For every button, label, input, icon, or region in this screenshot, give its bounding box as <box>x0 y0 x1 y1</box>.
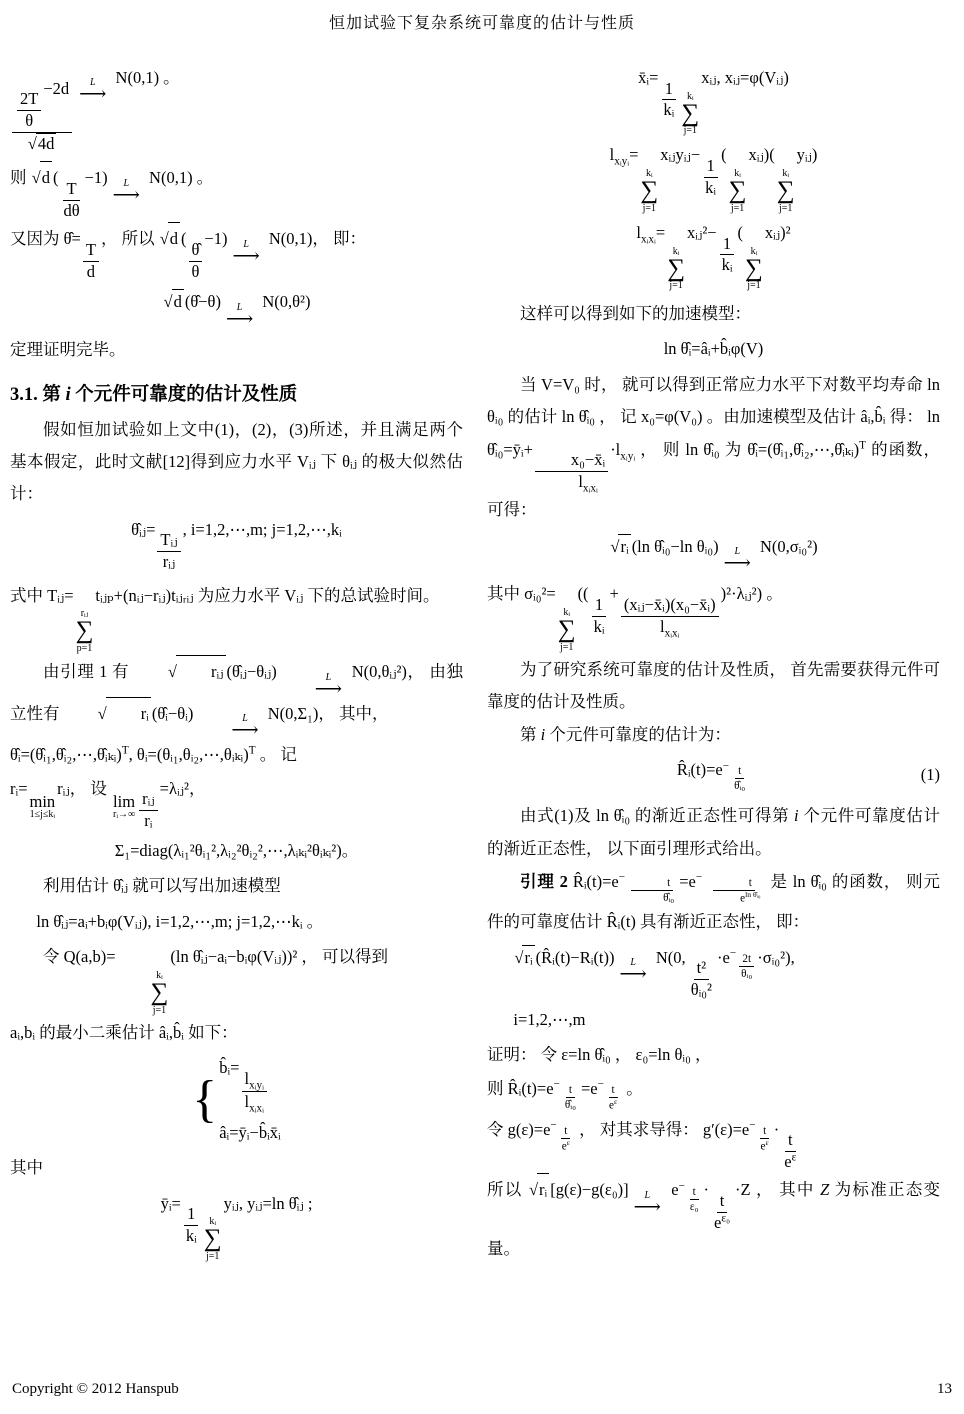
paragraph: 其中 <box>10 1152 463 1184</box>
content-columns: 2Tθ−2d√4dL⟶ N(0,1) 。则 √d(Tdθ−1)L⟶ N(0,1)… <box>10 59 954 1367</box>
paragraph: 引理 2 R̂ᵢ(t)=e−tθ̂ᵢ₀=e−teln θ̂ᵢ₀ 是 ln θ̂ᵢ… <box>487 866 940 938</box>
display-formula: lxᵢxᵢ=kᵢ∑j=1xᵢⱼ²−1kᵢ(kᵢ∑j=1xᵢⱼ)² <box>487 221 940 291</box>
paragraph: θ̂ᵢ=(θ̂ᵢ₁,θ̂ᵢ₂,⋯,θ̂ᵢₖᵢ)T, θᵢ=(θᵢ₁,θᵢ₂,⋯,… <box>10 739 463 771</box>
display-formula: R̂ᵢ(t)=e−tθ̂ᵢ₀(1) <box>487 758 940 793</box>
display-formula: ȳᵢ=1kᵢkᵢ∑j=1yᵢⱼ, yᵢⱼ=ln θ̂ᵢⱼ ; <box>10 1192 463 1262</box>
paragraph: 定理证明完毕。 <box>10 334 463 366</box>
paragraph: 利用估计 θ̂ᵢⱼ 就可以写出加速模型 <box>10 870 463 902</box>
display-formula: θ̂ᵢⱼ=Tᵢⱼrᵢⱼ, i=1,2,⋯,m; j=1,2,⋯,kᵢ <box>10 518 463 573</box>
display-formula: √rᵢ(ln θ̂ᵢ₀−ln θᵢ₀)L⟶ N(0,σᵢ₀²) <box>487 534 940 572</box>
paragraph: 令 Q(a,b)=kᵢ∑j=1(ln θ̂ᵢⱼ−aᵢ−bᵢφ(Vᵢⱼ))² ， … <box>10 941 463 1015</box>
equation: R̂ᵢ(t)=e−tθ̂ᵢ₀ <box>531 758 896 793</box>
paragraph: 则 √d(Tdθ−1)L⟶ N(0,1) 。 <box>10 161 463 221</box>
paper-page: 恒加试验下复杂系统可靠度的估计与性质 2Tθ−2d√4dL⟶ N(0,1) 。则… <box>0 0 964 1414</box>
display-formula: √d(θ̂−θ)L⟶ N(0,θ²) <box>10 289 463 327</box>
paragraph: 由引理 1 有 √rᵢⱼ(θ̂ᵢⱼ−θᵢⱼ)L⟶ N(0,θᵢⱼ²)， 由独立性… <box>10 655 463 738</box>
paragraph: rᵢ=min1≤j≤kᵢrᵢⱼ， 设 limrᵢ→∞rᵢⱼrᵢ=λᵢⱼ²， <box>10 773 463 832</box>
left-column: 2Tθ−2d√4dL⟶ N(0,1) 。则 √d(Tdθ−1)L⟶ N(0,1)… <box>10 59 463 1367</box>
paragraph: aᵢ,bᵢ 的最小二乘估计 âᵢ,b̂ᵢ 如下： <box>10 1017 463 1049</box>
paragraph: 当 V=V₀ 时， 就可以得到正常应力水平下对数平均寿命 ln θᵢ₀ 的估计 … <box>487 369 940 526</box>
copyright-text: Copyright © 2012 Hanspub <box>12 1381 179 1398</box>
display-formula: Σ₁=diag(λᵢ₁²θᵢ₁²,λᵢ₂²θᵢ₂²,⋯,λᵢₖᵢ²θᵢₖᵢ²)。 <box>10 839 463 864</box>
equation-number: (1) <box>896 763 940 788</box>
display-formula: √rᵢ(R̂ᵢ(t)−Rᵢ(t))L⟶ N(0,t²θᵢ₀²·e−2tθᵢ₀·σ… <box>487 945 940 1001</box>
display-formula: x̄ᵢ=1kᵢkᵢ∑j=1xᵢⱼ, xᵢⱼ=φ(Vᵢⱼ) <box>487 66 940 136</box>
display-formula: {b̂ᵢ=lxᵢyᵢlxᵢxᵢâᵢ=ȳᵢ−b̂ᵢx̄ᵢ <box>10 1056 463 1146</box>
section-heading: 3.1. 第 i 个元件可靠度的估计及性质 <box>10 380 463 406</box>
display-formula: ln θ̂ᵢ=âᵢ+b̂ᵢφ(V) <box>487 337 940 362</box>
paragraph: 又因为 θ̂=Td， 所以 √d(θ̂θ−1)L⟶ N(0,1)， 即： <box>10 222 463 282</box>
paragraph: 证明： 令 ε=ln θ̂ᵢ₀ ， ε₀=ln θᵢ₀ ， <box>487 1039 940 1071</box>
paragraph: 其中 σᵢ₀²=kᵢ∑j=1((1kᵢ+(xᵢⱼ−x̄ᵢ)(x₀−x̄ᵢ)lxᵢ… <box>487 578 940 652</box>
paragraph: 式中 Tᵢⱼ=rᵢⱼ∑p=1tᵢⱼₚ+(nᵢⱼ−rᵢⱼ)tᵢⱼᵣᵢⱼ 为应力水平… <box>10 580 463 654</box>
paragraph: 所以 √rᵢ[g(ε)−g(ε₀)]L⟶ e−tε₀·teε₀·Z ， 其中 Z… <box>487 1173 940 1265</box>
right-column: x̄ᵢ=1kᵢkᵢ∑j=1xᵢⱼ, xᵢⱼ=φ(Vᵢⱼ)lxᵢyᵢ=kᵢ∑j=1… <box>487 59 940 1367</box>
page-title: 恒加试验下复杂系统可靠度的估计与性质 <box>10 10 954 33</box>
display-formula: ln θ̂ᵢⱼ=aᵢ+bᵢφ(Vᵢⱼ), i=1,2,⋯,m; j=1,2,⋯k… <box>10 910 463 935</box>
paragraph: 假如恒加试验如上文中(1)，(2)，(3)所述，并且满足两个基本假定，此时文献[… <box>10 414 463 511</box>
display-formula: i=1,2,⋯,m <box>487 1008 940 1033</box>
display-formula: lxᵢyᵢ=kᵢ∑j=1xᵢⱼyᵢⱼ−1kᵢ(kᵢ∑j=1xᵢⱼ)(kᵢ∑j=1… <box>487 143 940 213</box>
paragraph: 为了研究系统可靠度的估计及性质， 首先需要获得元件可靠度的估计及性质。 <box>487 654 940 718</box>
paragraph: 这样可以得到如下的加速模型： <box>487 298 940 330</box>
display-formula: 2Tθ−2d√4dL⟶ N(0,1) 。 <box>10 66 463 154</box>
paragraph: 由式(1)及 ln θ̂ᵢ₀ 的渐近正态性可得第 i 个元件可靠度估计的渐近正态… <box>487 800 940 864</box>
paragraph: 则 R̂ᵢ(t)=e−tθ̂ᵢ₀=e−teε 。 <box>487 1073 940 1113</box>
page-number: 13 <box>937 1381 952 1398</box>
paragraph: 第 i 个元件可靠度的估计为： <box>487 719 940 751</box>
page-footer: Copyright © 2012 Hanspub 13 <box>10 1367 954 1414</box>
paragraph: 令 g(ε)=e−teε ， 对其求导得： g′(ε)=e−teε·teε <box>487 1114 940 1173</box>
